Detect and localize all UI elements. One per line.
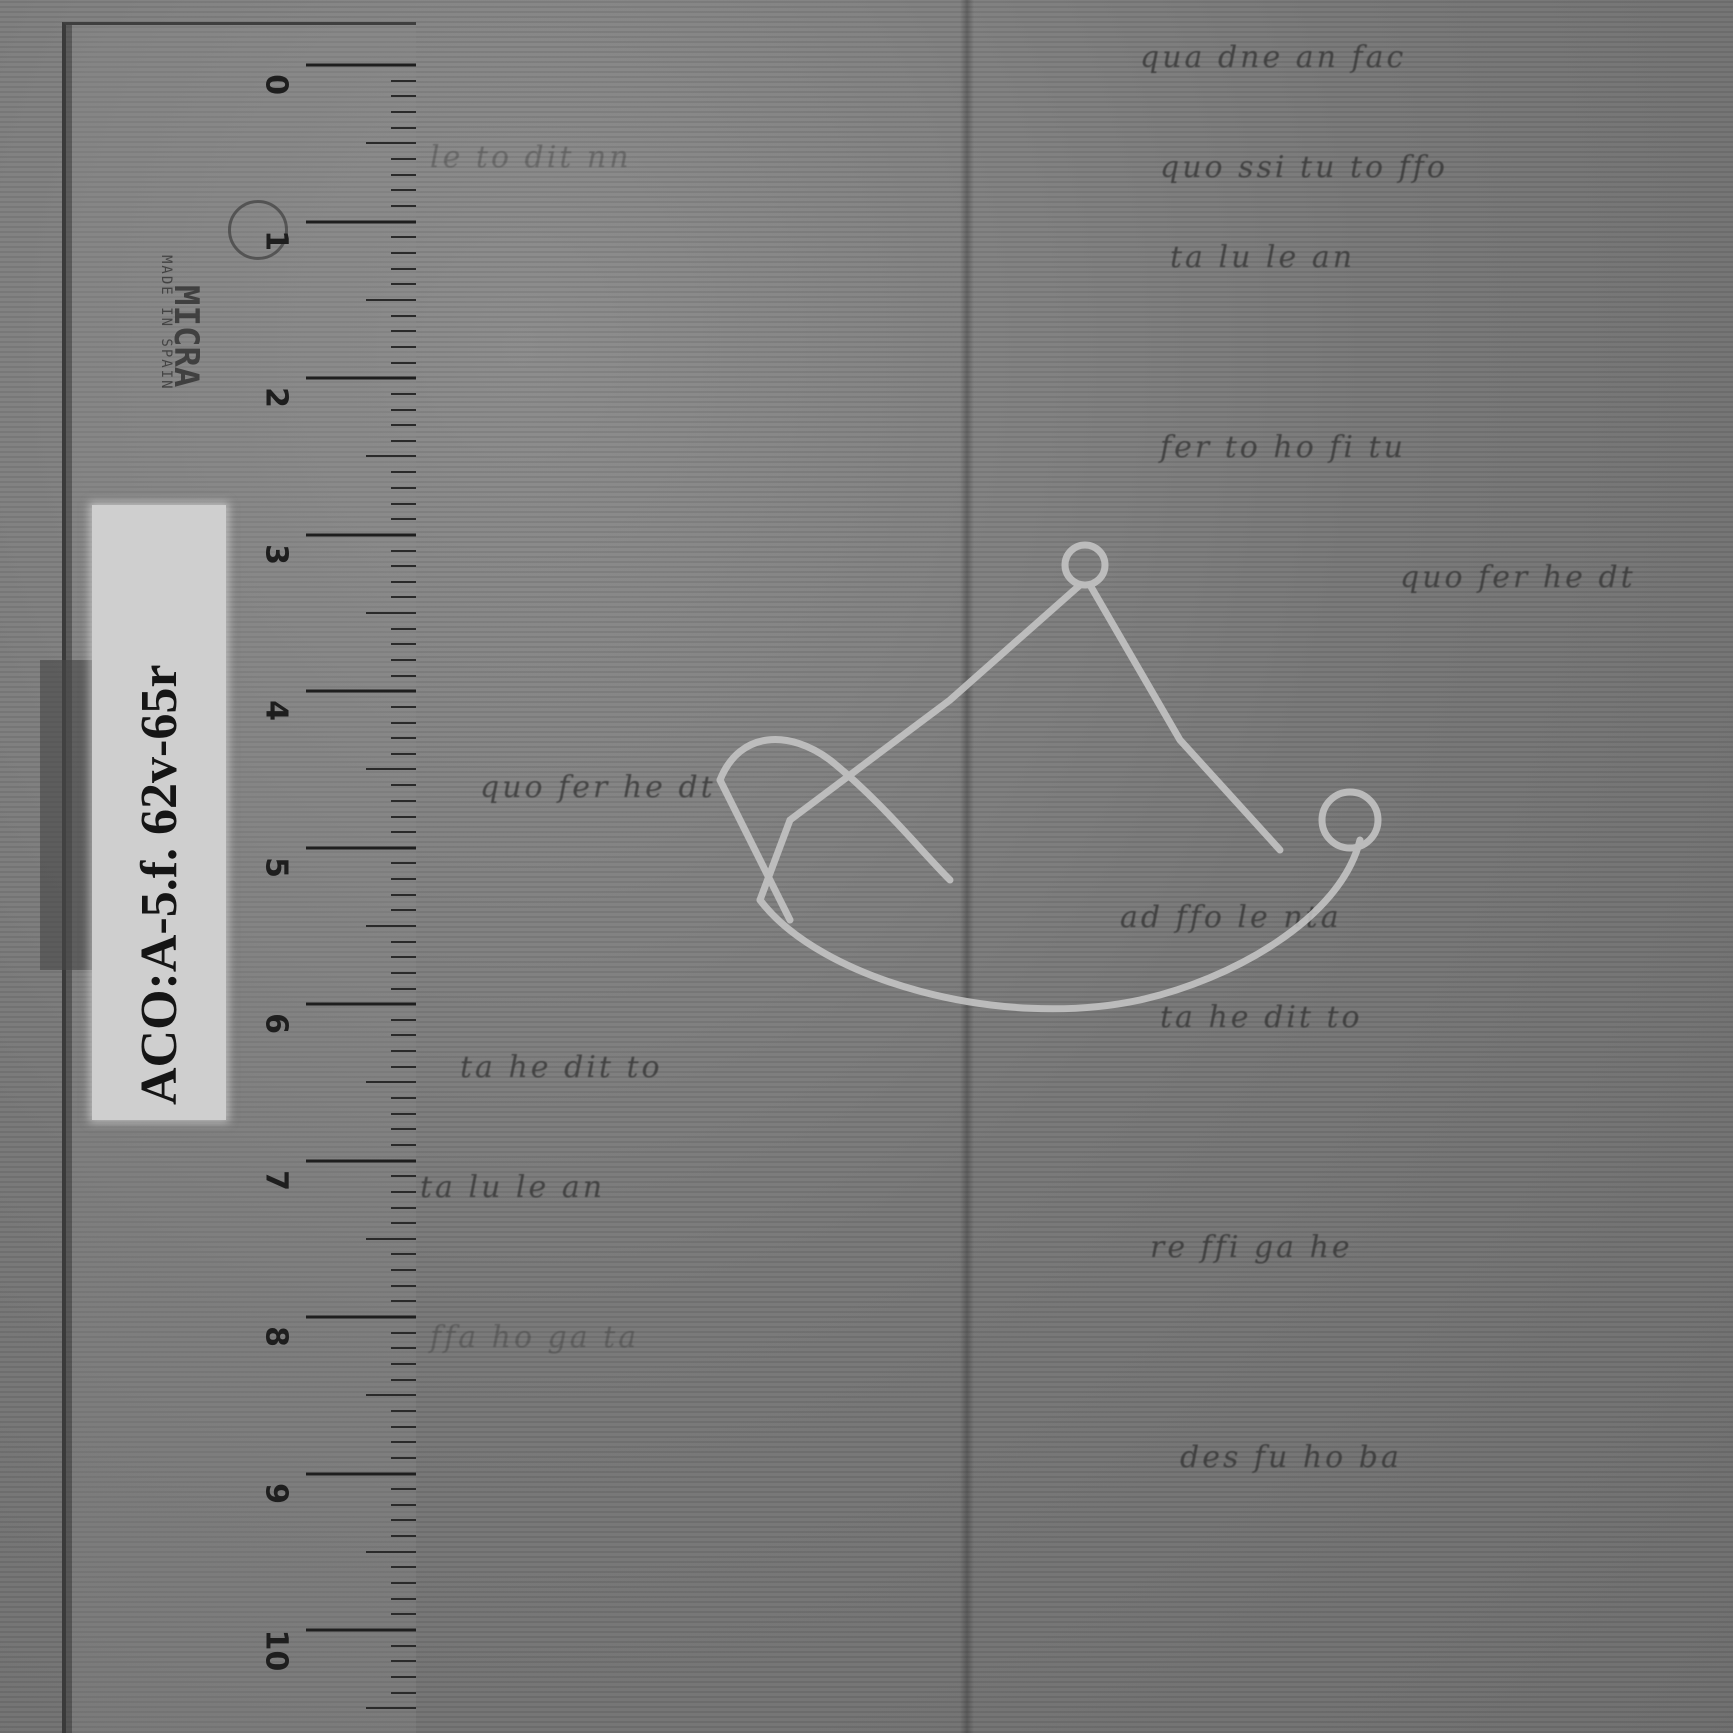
manuscript-photo: qua dne an fac quo ssi tu to ffo ta lu l… bbox=[0, 0, 1733, 1733]
catalog-label-text: ACO:A-5.f. 62v-65r bbox=[130, 665, 189, 1105]
